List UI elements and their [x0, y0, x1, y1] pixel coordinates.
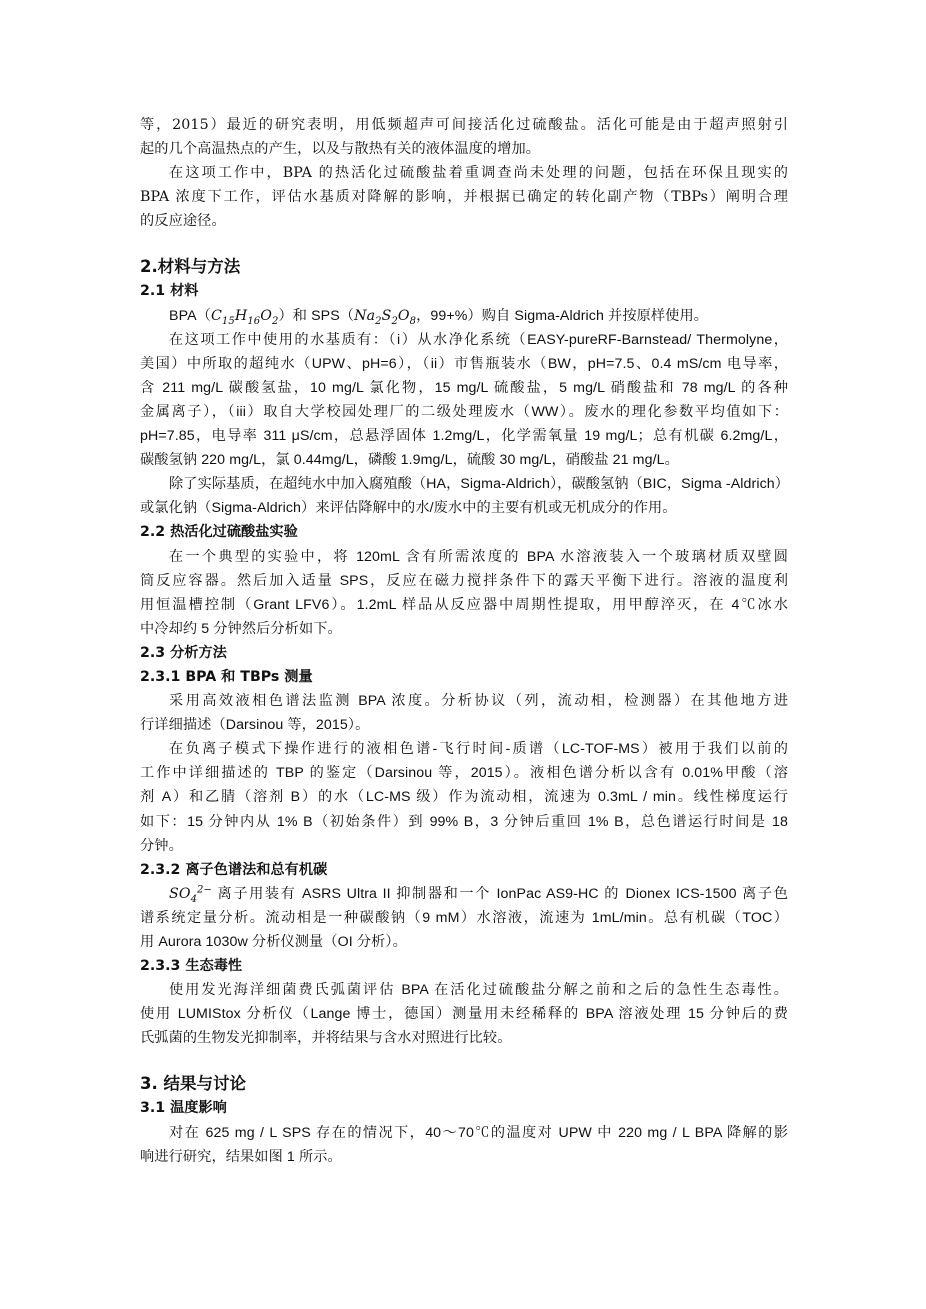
subsection-heading: 3.1 温度影响	[140, 1096, 788, 1120]
paragraph-line: 谱系统定量分析。流动相是一种碳酸钠（9 mM）水溶液，流速为 1mL/min。总…	[140, 906, 788, 930]
paragraph-line: 金属离子），（iii）取自大学校园处理厂的二级处理废水（WW）。废水的理化参数平…	[140, 400, 788, 424]
paragraph-line: BPA 浓度下工作，评估水基质对降解的影响，并根据已确定的转化副产物（TBPs）…	[140, 185, 788, 209]
paragraph-line: 除了实际基质，在超纯水中加入腐殖酸（HA，Sigma-Aldrich），碳酸氢钠…	[140, 472, 788, 496]
subsubsection-heading: 2.3.1 BPA 和 TBPs 测量	[140, 665, 788, 689]
paragraph-line: 在一个典型的实验中，将 120mL 含有所需浓度的 BPA 水溶液装入一个玻璃材…	[140, 545, 788, 569]
paragraph-line: 采用高效液相色谱法监测 BPA 浓度。分析协议（列，流动相，检测器）在其他地方进	[140, 689, 788, 713]
paragraph-line: 分钟。	[140, 834, 788, 858]
paragraph-line: 剂 A）和乙腈（溶剂 B）的水（LC-MS 级）作为流动相，流速为 0.3mL …	[140, 785, 788, 809]
section-heading: 2.材料与方法	[140, 255, 788, 279]
ion-chromatography-line: SO42− 离子用装有 ASRS Ultra II 抑制器和一个 IonPac …	[140, 882, 788, 906]
paragraph-line: 含 211 mg/L 碳酸氢盐，10 mg/L 氯化物，15 mg/L 硫酸盐，…	[140, 376, 788, 400]
sps-formula: Na2S2O8	[354, 308, 416, 324]
subsection-heading: 2.1 材料	[140, 279, 788, 303]
paragraph-line: 在这项工作中使用的水基质有：（i）从水净化系统（EASY-pureRF-Barn…	[140, 328, 788, 352]
materials-line: BPA（C15H16O2）和 SPS（Na2S2O8，99+%）购自 Sigma…	[140, 304, 788, 328]
subsubsection-heading: 2.3.2 离子色谱法和总有机碳	[140, 858, 788, 882]
paragraph-line: 氏弧菌的生物发光抑制率，并将结果与含水对照进行比较。	[140, 1026, 788, 1050]
paragraph-line: 在这项工作中，BPA 的热活化过硫酸盐着重调查尚未处理的问题，包括在环保且现实的	[140, 161, 788, 185]
paragraph-line: 在负离子模式下操作进行的液相色谱-飞行时间-质谱（LC-TOF-MS）被用于我们…	[140, 737, 788, 761]
paragraph-line: 美国）中所取的超纯水（UPW、pH=6），（ii）市售瓶装水（BW，pH=7.5…	[140, 352, 788, 376]
paragraph-line: 起的几个高温热点的产生，以及与散热有关的液体温度的增加。	[140, 137, 788, 161]
paragraph-line: 如下：15 分钟内从 1% B（初始条件）到 99% B，3 分钟后重回 1% …	[140, 810, 788, 834]
paragraph-line: 用 Aurora 1030w 分析仪测量（OI 分析）。	[140, 930, 788, 954]
paragraph-line: 中冷却约 5 分钟然后分析如下。	[140, 617, 788, 641]
sulfate-formula: SO42−	[169, 886, 212, 902]
bpa-formula: C15H16O2	[211, 308, 279, 324]
paragraph-line: 碳酸氢钠 220 mg/L，氯 0.44mg/L，磷酸 1.9mg/L，硫酸 3…	[140, 448, 788, 472]
paragraph-line: 或氯化钠（Sigma-Aldrich）来评估降解中的水/废水中的主要有机或无机成…	[140, 496, 788, 520]
subsubsection-heading: 2.3.3 生态毒性	[140, 954, 788, 978]
paragraph-line: 响进行研究，结果如图 1 所示。	[140, 1145, 788, 1169]
section-heading: 3. 结果与讨论	[140, 1072, 788, 1096]
paragraph-line: 筒反应容器。然后加入适量 SPS，反应在磁力搅拌条件下的露天平衡下进行。溶液的温…	[140, 569, 788, 593]
subsection-heading: 2.3 分析方法	[140, 641, 788, 665]
paragraph-line: 使用 LUMIStox 分析仪（Lange 博士，德国）测量用未经稀释的 BPA…	[140, 1002, 788, 1026]
subsection-heading: 2.2 热活化过硫酸盐实验	[140, 520, 788, 544]
paragraph-line: 用恒温槽控制（Grant LFV6）。1.2mL 样品从反应器中周期性提取，用甲…	[140, 593, 788, 617]
paragraph-line: 工作中详细描述的 TBP 的鉴定（Darsinou 等，2015）。液相色谱分析…	[140, 761, 788, 785]
paragraph-line: 对在 625 mg / L SPS 存在的情况下，40～70℃的温度对 UPW …	[140, 1121, 788, 1145]
paragraph-line: pH=7.85，电导率 311 μS/cm，总悬浮固体 1.2mg/L，化学需氧…	[140, 424, 788, 448]
paragraph-line: 的反应途径。	[140, 209, 788, 233]
document-page: 等，2015）最近的研究表明，用低频超声可间接活化过硫酸盐。活化可能是由于超声照…	[140, 113, 788, 1169]
paragraph-line: 行详细描述（Darsinou 等，2015）。	[140, 713, 788, 737]
paragraph-line: 等，2015）最近的研究表明，用低频超声可间接活化过硫酸盐。活化可能是由于超声照…	[140, 113, 788, 137]
paragraph-line: 使用发光海洋细菌费氏弧菌评估 BPA 在活化过硫酸盐分解之前和之后的急性生态毒性…	[140, 978, 788, 1002]
